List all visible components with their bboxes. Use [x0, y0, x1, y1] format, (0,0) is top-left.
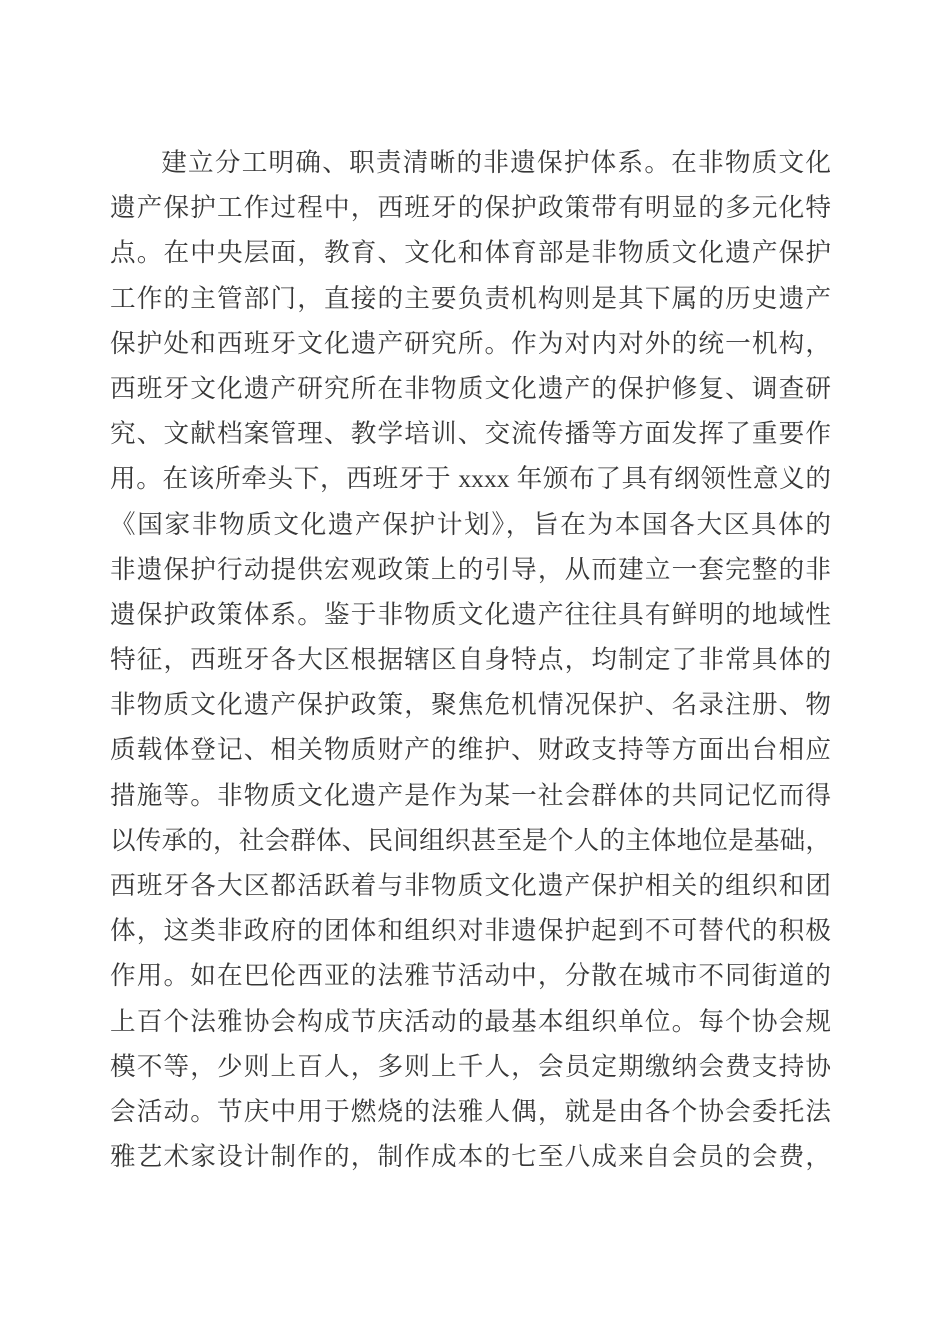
- text-line: 遗保护政策体系。鉴于非物质文化遗产往往具有鲜明的地域性: [110, 592, 831, 637]
- text-line: 点。在中央层面，教育、文化和体育部是非物质文化遗产保护: [110, 230, 831, 275]
- text-line: 雅艺术家设计制作的，制作成本的七至八成来自会员的会费，: [110, 1134, 831, 1179]
- text-line: 保护处和西班牙文化遗产研究所。作为对内对外的统一机构，: [110, 321, 831, 366]
- text-line: 西班牙文化遗产研究所在非物质文化遗产的保护修复、调查研: [110, 366, 831, 411]
- text-line: 特征，西班牙各大区根据辖区自身特点，均制定了非常具体的: [110, 637, 831, 682]
- paragraph: 建立分工明确、职责清晰的非遗保护体系。在非物质文化遗产保护工作过程中，西班牙的保…: [110, 140, 831, 1179]
- document-page: 建立分工明确、职责清晰的非遗保护体系。在非物质文化遗产保护工作过程中，西班牙的保…: [0, 0, 950, 1344]
- text-line: 模不等，少则上百人，多则上千人，会员定期缴纳会费支持协: [110, 1044, 831, 1089]
- text-line: 体，这类非政府的团体和组织对非遗保护起到不可替代的积极: [110, 908, 831, 953]
- text-line: 建立分工明确、职责清晰的非遗保护体系。在非物质文化: [110, 140, 831, 185]
- text-line: 质载体登记、相关物质财产的维护、财政支持等方面出台相应: [110, 727, 831, 772]
- text-line: 用。在该所牵头下，西班牙于 xxxx 年颁布了具有纲领性意义的: [110, 456, 831, 501]
- text-line: 以传承的，社会群体、民间组织甚至是个人的主体地位是基础，: [110, 818, 831, 863]
- text-line: 《国家非物质文化遗产保护计划》，旨在为本国各大区具体的: [110, 502, 831, 547]
- text-line: 西班牙各大区都活跃着与非物质文化遗产保护相关的组织和团: [110, 863, 831, 908]
- text-line: 会活动。节庆中用于燃烧的法雅人偶，就是由各个协会委托法: [110, 1089, 831, 1134]
- text-line: 上百个法雅协会构成节庆活动的最基本组织单位。每个协会规: [110, 999, 831, 1044]
- text-line: 遗产保护工作过程中，西班牙的保护政策带有明显的多元化特: [110, 185, 831, 230]
- text-line: 措施等。非物质文化遗产是作为某一社会群体的共同记忆而得: [110, 773, 831, 818]
- text-line: 究、文献档案管理、教学培训、交流传播等方面发挥了重要作: [110, 411, 831, 456]
- text-line: 非物质文化遗产保护政策，聚焦危机情况保护、名录注册、物: [110, 682, 831, 727]
- text-line: 非遗保护行动提供宏观政策上的引导，从而建立一套完整的非: [110, 547, 831, 592]
- text-line: 作用。如在巴伦西亚的法雅节活动中，分散在城市不同街道的: [110, 953, 831, 998]
- text-line: 工作的主管部门，直接的主要负责机构则是其下属的历史遗产: [110, 276, 831, 321]
